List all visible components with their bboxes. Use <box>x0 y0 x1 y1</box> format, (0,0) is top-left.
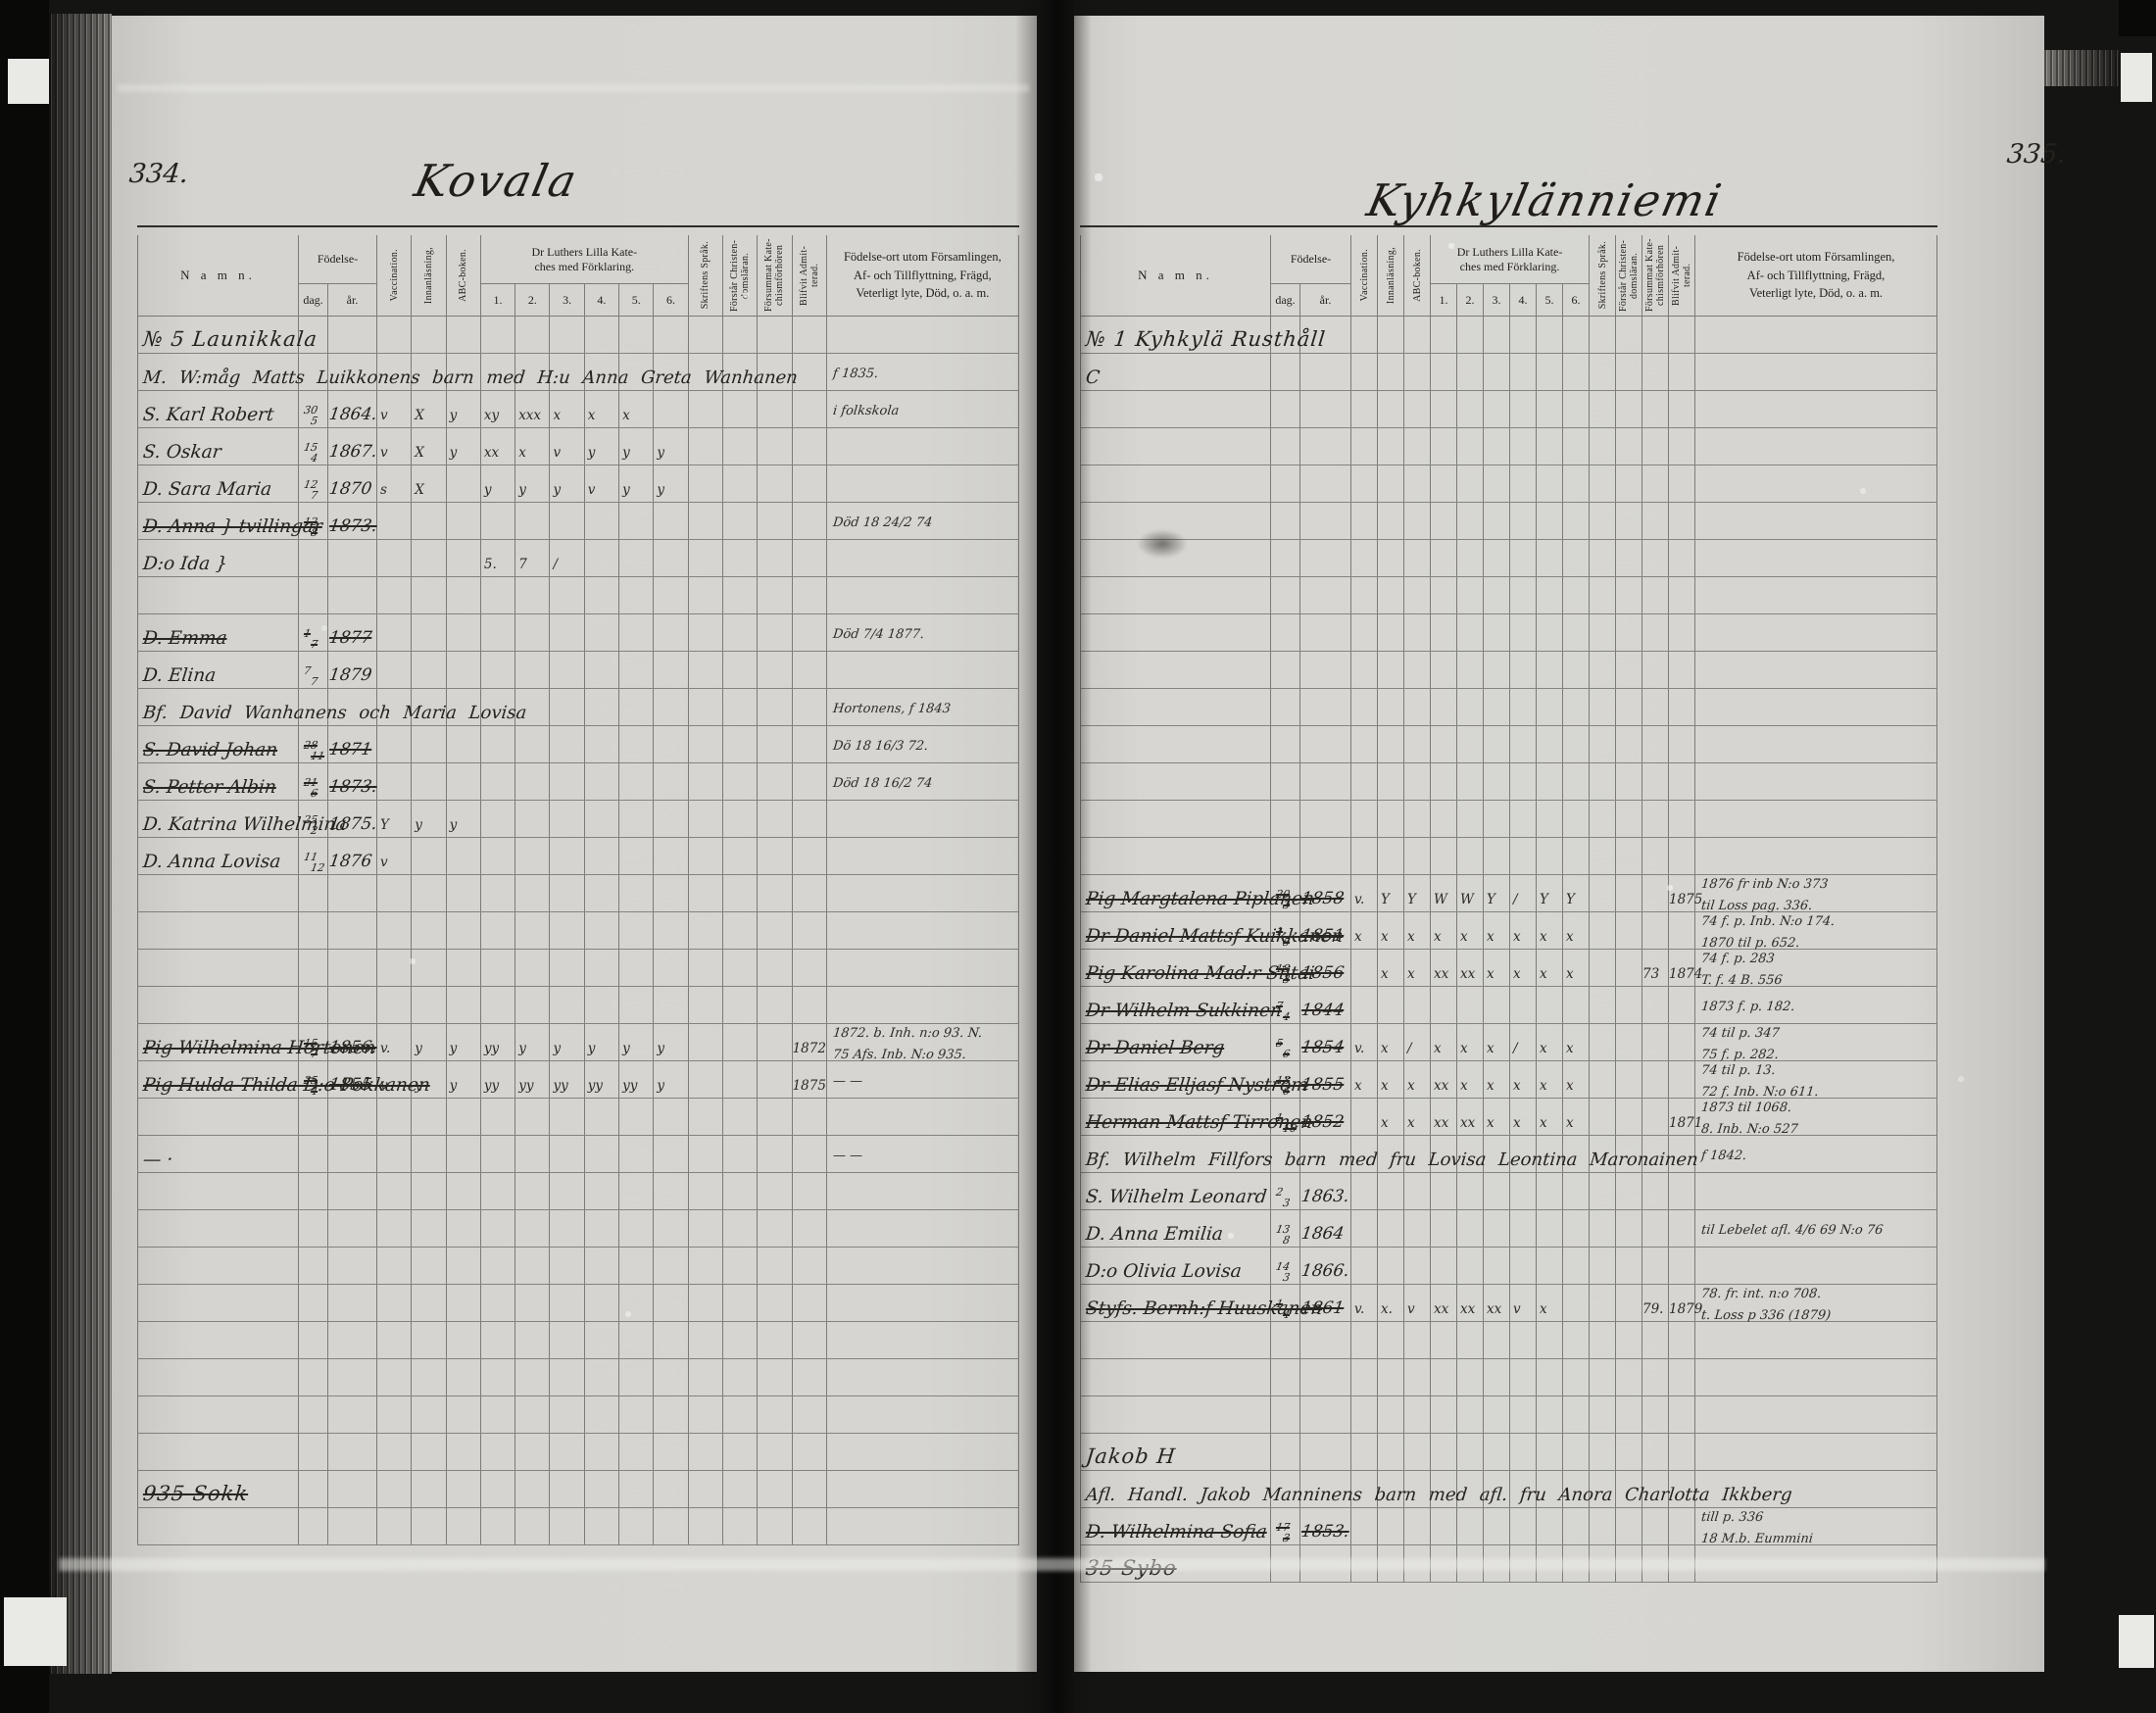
row-cell <box>689 801 723 837</box>
row-cell: x <box>1457 1061 1484 1098</box>
column-header-fodelse: Födelse- <box>318 252 358 267</box>
exam-mark: / <box>1513 1041 1518 1056</box>
row-cell <box>550 317 584 353</box>
column-header-kate-3: 3. <box>563 293 571 308</box>
row-cell <box>1300 577 1351 613</box>
row-cell <box>689 1210 723 1247</box>
row-cell <box>1590 1285 1616 1321</box>
birth-day: 154 <box>301 443 320 464</box>
row-cell <box>1537 1210 1563 1247</box>
row-cell <box>793 540 827 576</box>
row-cell: Död 18 24/2 74 <box>827 503 1019 539</box>
row-cell: Pig Margtalena Piplanen <box>1080 875 1271 911</box>
table-row <box>1080 391 1937 428</box>
row-cell <box>447 875 481 911</box>
row-cell: Död 18 16/2 74 <box>827 763 1019 800</box>
row-cell <box>1457 354 1484 390</box>
row-cell <box>137 1396 299 1433</box>
row-cell <box>827 1434 1019 1470</box>
row-cell <box>1616 1248 1642 1284</box>
row-cell <box>1590 1545 1616 1582</box>
row-cell <box>1404 465 1431 502</box>
row-cell <box>758 1099 792 1135</box>
birth-day: 173 <box>1273 1523 1293 1543</box>
exam-mark: x <box>1460 1041 1468 1056</box>
exam-mark: x <box>1487 966 1494 982</box>
row-cell <box>1563 1359 1590 1395</box>
row-cell <box>1537 1508 1563 1544</box>
row-cell <box>412 987 446 1023</box>
column-header-kate-1: 1. <box>494 293 503 308</box>
row-cell <box>619 1210 654 1247</box>
row-cell: X <box>412 428 446 465</box>
row-cell <box>654 503 688 539</box>
row-cell <box>723 763 758 800</box>
row-cell <box>481 875 515 911</box>
column-header-namn: N a m n. <box>180 268 256 283</box>
row-cell <box>1616 1099 1642 1135</box>
row-cell <box>827 577 1019 613</box>
row-cell <box>1537 614 1563 651</box>
exam-mark: X <box>415 482 424 498</box>
film-notch <box>4 1597 67 1666</box>
birth-day-denominator: 10 <box>1282 1123 1298 1134</box>
birth-year: 1875. <box>328 814 378 834</box>
row-cell <box>1300 689 1351 725</box>
column-header-katekes: Dr Luthers Lilla Kate- ches med Förklari… <box>1457 245 1563 274</box>
exam-mark: Y <box>380 817 389 833</box>
row-cell: f 1842. <box>1695 1136 1937 1172</box>
margin-note: f 1835. <box>832 367 879 381</box>
row-cell <box>1695 614 1937 651</box>
row-cell <box>447 1173 481 1209</box>
row-cell <box>1669 465 1695 502</box>
row-cell: y <box>654 428 688 465</box>
birth-day-denominator: 3 <box>1282 1272 1291 1283</box>
row-cell: S. Petter Albin <box>137 763 299 800</box>
birth-year: 1876 <box>328 852 373 871</box>
row-cell <box>1457 503 1484 539</box>
row-cell <box>1080 689 1271 725</box>
row-cell <box>1563 354 1590 390</box>
row-cell: Jakob H <box>1080 1434 1271 1470</box>
exam-mark: x <box>1540 1078 1547 1094</box>
row-cell <box>1590 1359 1616 1395</box>
row-cell <box>137 1210 299 1247</box>
row-cell <box>689 1136 723 1172</box>
table-row <box>137 1285 1019 1322</box>
row-cell <box>1669 1173 1695 1209</box>
row-cell <box>447 912 481 949</box>
row-cell <box>1404 801 1431 837</box>
row-cell <box>585 1210 619 1247</box>
row-cell <box>654 987 688 1023</box>
row-cell <box>1537 354 1563 390</box>
row-cell <box>793 689 827 725</box>
exam-mark: x <box>1381 929 1389 945</box>
row-cell <box>723 689 758 725</box>
table-header: N a m n.Födelse-dag.år.Vaccination.Innan… <box>137 235 1019 317</box>
row-cell <box>758 465 792 502</box>
header-cell: Dr Luthers Lilla Kate- ches med Förklari… <box>1431 235 1590 284</box>
row-cell <box>412 1285 446 1321</box>
row-cell <box>1484 1508 1510 1544</box>
table-row: D. Anna Lovisa11121876v <box>137 838 1019 875</box>
row-cell <box>758 1322 792 1358</box>
row-cell <box>585 577 619 613</box>
row-cell: y <box>412 801 446 837</box>
row-cell <box>515 726 550 762</box>
row-cell <box>377 1396 412 1433</box>
row-cell <box>689 950 723 986</box>
row-cell <box>1510 1508 1537 1544</box>
row-cell <box>1563 987 1590 1023</box>
row-cell <box>377 1248 412 1284</box>
row-cell <box>515 1136 550 1172</box>
row-cell <box>299 875 328 911</box>
row-cell <box>585 503 619 539</box>
row-cell: xx <box>1431 1285 1457 1321</box>
row-cell <box>1431 1508 1457 1544</box>
row-cell <box>412 1508 446 1544</box>
row-cell <box>1271 1322 1300 1358</box>
row-cell <box>328 1099 377 1135</box>
exam-mark: x <box>1487 1041 1494 1056</box>
admitted-year: 1874 <box>1669 966 1702 982</box>
row-cell <box>299 912 328 949</box>
row-cell <box>1378 726 1404 762</box>
row-cell <box>412 1322 446 1358</box>
row-cell <box>1378 763 1404 800</box>
row-cell <box>654 912 688 949</box>
row-cell <box>1590 950 1616 986</box>
row-cell <box>619 540 654 576</box>
row-cell <box>1300 1359 1351 1395</box>
row-cell <box>827 540 1019 576</box>
row-cell <box>1510 801 1537 837</box>
section-heading: Jakob H <box>1085 1444 1177 1468</box>
row-cell <box>481 950 515 986</box>
row-cell <box>550 614 584 651</box>
row-cell <box>827 912 1019 949</box>
row-cell <box>481 1359 515 1395</box>
row-cell <box>758 838 792 874</box>
row-cell: 74 f. p. Inb. N:o 174.1870 til p. 652. <box>1695 912 1937 949</box>
row-cell <box>758 317 792 353</box>
exam-mark: x <box>1540 1301 1547 1317</box>
row-cell <box>515 1322 550 1358</box>
row-cell <box>1590 465 1616 502</box>
row-cell: 935 Sokk <box>137 1471 299 1507</box>
row-cell <box>585 912 619 949</box>
row-cell <box>377 1136 412 1172</box>
header-cell: Skriftens Språk. <box>1590 235 1616 316</box>
row-cell: 1852 <box>1300 1099 1351 1135</box>
row-cell <box>1563 1508 1590 1544</box>
row-cell: 1871 <box>1669 1099 1695 1135</box>
row-cell <box>481 614 515 651</box>
row-cell <box>1378 577 1404 613</box>
row-cell <box>1616 1210 1642 1247</box>
row-cell <box>1563 1248 1590 1284</box>
row-cell <box>1563 503 1590 539</box>
row-cell <box>412 1136 446 1172</box>
row-cell <box>1616 950 1642 986</box>
row-cell: 7 <box>515 540 550 576</box>
row-cell: 1844 <box>1300 987 1351 1023</box>
row-cell <box>1431 428 1457 465</box>
row-cell: yy <box>515 1061 550 1098</box>
header-cell: Förstår Christen- domsläran. <box>723 235 758 316</box>
row-cell: x <box>1404 1099 1431 1135</box>
row-cell <box>481 1434 515 1470</box>
row-cell <box>1457 987 1484 1023</box>
row-cell <box>1431 838 1457 874</box>
row-cell <box>515 317 550 353</box>
row-cell <box>481 1136 515 1172</box>
table-row <box>137 1322 1019 1359</box>
table-row <box>1080 763 1937 801</box>
row-cell <box>1351 838 1378 874</box>
row-cell <box>1404 428 1431 465</box>
row-cell <box>1537 987 1563 1023</box>
film-notch <box>2121 53 2152 102</box>
row-cell <box>827 428 1019 465</box>
exam-mark: x <box>1381 966 1389 982</box>
exam-mark: x <box>1513 1115 1521 1131</box>
row-cell <box>1510 652 1537 688</box>
header-cell: Förstår Christen- domsläran. <box>1616 235 1642 316</box>
birth-day-denominator: 4 <box>1282 1011 1291 1022</box>
row-cell <box>1271 540 1300 576</box>
row-cell: x <box>1537 1061 1563 1098</box>
header-cell: 4. <box>1510 284 1537 316</box>
row-cell <box>1695 354 1937 390</box>
row-cell: x <box>1378 1099 1404 1135</box>
section-heading: 35 Sybo <box>1085 1556 1178 1580</box>
column-header-innanlasning: Innanläsning, <box>1386 247 1396 304</box>
row-cell: 1875 <box>793 1061 827 1098</box>
row-cell <box>1378 652 1404 688</box>
row-cell <box>689 652 723 688</box>
row-cell <box>758 1471 792 1507</box>
row-cell: yy <box>585 1061 619 1098</box>
row-cell <box>1457 1359 1484 1395</box>
row-cell: xx <box>1431 950 1457 986</box>
row-cell <box>137 1359 299 1395</box>
column-header-forstar: Förstår Christen- domsläran. <box>729 238 751 313</box>
row-cell <box>515 1471 550 1507</box>
row-cell <box>1590 652 1616 688</box>
row-cell <box>1616 1024 1642 1060</box>
margin-note: til Loss pag. 336. <box>1700 899 1813 913</box>
row-cell <box>585 726 619 762</box>
row-cell: 73 <box>1642 950 1669 986</box>
exam-mark: yy <box>553 1078 567 1094</box>
person-name: D. Anna Emilia <box>1085 1224 1224 1245</box>
row-cell <box>1590 912 1616 949</box>
row-cell: D. Anna } tvillingar <box>137 503 299 539</box>
row-cell <box>1537 1359 1563 1395</box>
exam-mark: Y <box>1407 892 1416 907</box>
margin-note: Dö 18 16/3 72. <box>832 739 929 754</box>
exam-mark: xx <box>1460 1301 1475 1317</box>
row-cell <box>481 987 515 1023</box>
row-cell: Styfs. Bernh:f Huuskanen <box>1080 1285 1271 1321</box>
row-cell <box>1642 726 1669 762</box>
person-name: D:o Ida } <box>142 554 228 574</box>
row-cell <box>758 875 792 911</box>
row-cell: 35 Sybo <box>1080 1545 1271 1582</box>
row-cell: y <box>585 428 619 465</box>
film-notch <box>2119 1615 2154 1668</box>
exam-mark: W <box>1434 892 1447 907</box>
person-name: — · <box>142 1150 173 1170</box>
row-cell <box>1484 503 1510 539</box>
row-cell: xx <box>1457 1285 1484 1321</box>
row-cell <box>619 801 654 837</box>
row-cell <box>723 912 758 949</box>
row-cell: 1872. b. Inh. n:o 93. N.75 Afs. Inb. N:o… <box>827 1024 1019 1060</box>
row-cell: y <box>447 1061 481 1098</box>
row-cell <box>619 1508 654 1544</box>
birth-day-denominator: 5 <box>310 416 318 426</box>
row-cell: v <box>550 428 584 465</box>
exam-mark: Y <box>1381 892 1390 907</box>
row-cell <box>689 503 723 539</box>
table-row: S. Wilhelm Leonard231863. <box>1080 1173 1937 1210</box>
row-cell <box>515 1248 550 1284</box>
exam-mark: y <box>622 445 630 461</box>
row-cell: x <box>1378 1024 1404 1060</box>
row-cell <box>1616 540 1642 576</box>
table-row: C <box>1080 354 1937 391</box>
header-cell: 3. <box>1484 284 1510 316</box>
birth-year: 1863. <box>1300 1187 1350 1206</box>
exam-mark: W <box>1460 892 1474 907</box>
margin-note: Död 7/4 1877. <box>832 627 925 642</box>
row-cell <box>1537 726 1563 762</box>
row-cell <box>723 1210 758 1247</box>
column-header-dag: dag. <box>1275 293 1295 308</box>
row-cell <box>550 1285 584 1321</box>
row-cell <box>585 652 619 688</box>
row-cell: 74 <box>1271 987 1300 1023</box>
exam-mark: x <box>1381 1041 1389 1056</box>
header-cell: 5. <box>1537 284 1563 316</box>
row-cell <box>1616 987 1642 1023</box>
row-cell <box>1378 1434 1404 1470</box>
row-cell <box>1271 1434 1300 1470</box>
column-header-vaccination: Vaccination. <box>1359 249 1370 301</box>
row-cell <box>723 577 758 613</box>
row-cell: 1855 <box>1300 1061 1351 1098</box>
row-cell: till p. 33618 M.b. Eummini <box>1695 1508 1937 1544</box>
row-cell: 1879 <box>1669 1285 1695 1321</box>
row-cell <box>1537 428 1563 465</box>
row-cell <box>827 1508 1019 1544</box>
row-cell <box>1616 1061 1642 1098</box>
row-cell <box>793 1508 827 1544</box>
row-cell <box>1431 540 1457 576</box>
row-cell <box>585 1434 619 1470</box>
row-cell <box>481 1173 515 1209</box>
row-cell <box>1616 801 1642 837</box>
table-row <box>1080 801 1937 838</box>
row-cell <box>299 1508 328 1544</box>
row-cell <box>550 1136 584 1172</box>
row-cell <box>550 1359 584 1395</box>
row-cell <box>1378 354 1404 390</box>
row-cell <box>1590 317 1616 353</box>
row-cell <box>758 726 792 762</box>
table-row: Pig Wilhelmina Hortonen1571856.v.yyyyyyy… <box>137 1024 1019 1061</box>
exam-mark: y <box>450 817 458 833</box>
row-cell <box>793 465 827 502</box>
row-cell <box>1669 1359 1695 1395</box>
row-cell <box>1616 1508 1642 1544</box>
column-header-forsummat: Försummat Kate- chismförhören <box>1644 238 1666 313</box>
row-cell: x <box>1563 1024 1590 1060</box>
row-cell <box>793 875 827 911</box>
row-cell <box>1642 465 1669 502</box>
header-cell: 4. <box>585 284 619 316</box>
row-cell <box>550 838 584 874</box>
exam-mark: / <box>1513 892 1518 907</box>
row-cell <box>1484 317 1510 353</box>
margin-note: — — <box>832 1149 863 1163</box>
row-cell <box>793 577 827 613</box>
row-cell: yy <box>481 1024 515 1060</box>
row-cell <box>689 689 723 725</box>
row-cell: x <box>1510 950 1537 986</box>
row-cell <box>447 763 481 800</box>
row-cell <box>1271 838 1300 874</box>
row-cell <box>1271 1359 1300 1395</box>
row-cell <box>1351 503 1378 539</box>
row-cell: D:o Olivia Lovisa <box>1080 1248 1271 1284</box>
row-cell <box>1484 1210 1510 1247</box>
row-cell: x <box>1484 1024 1510 1060</box>
row-cell <box>299 1471 328 1507</box>
row-cell <box>619 503 654 539</box>
exam-mark: 7 <box>518 557 527 572</box>
row-cell <box>1616 465 1642 502</box>
row-cell <box>723 503 758 539</box>
row-cell <box>1537 465 1563 502</box>
row-cell <box>1431 763 1457 800</box>
row-cell <box>758 1434 792 1470</box>
margin-note: i folkskola <box>832 404 900 418</box>
row-cell <box>481 1396 515 1433</box>
exam-mark: yy <box>622 1078 637 1094</box>
admitted-year: 1875 <box>793 1078 826 1094</box>
row-cell: x <box>515 428 550 465</box>
row-cell <box>1616 391 1642 427</box>
row-cell <box>654 317 688 353</box>
header-cell: Innanläsning, <box>1378 235 1404 316</box>
row-cell <box>137 577 299 613</box>
birth-year: 1873. <box>328 777 378 797</box>
exam-mark: v <box>380 855 388 870</box>
row-cell <box>1563 763 1590 800</box>
row-cell <box>1351 1545 1378 1582</box>
row-cell <box>481 838 515 874</box>
header-cell: Födelse-ort utom Församlingen, Af- och T… <box>1695 235 1937 316</box>
row-cell <box>447 317 481 353</box>
row-cell <box>619 1396 654 1433</box>
row-cell <box>1616 428 1642 465</box>
